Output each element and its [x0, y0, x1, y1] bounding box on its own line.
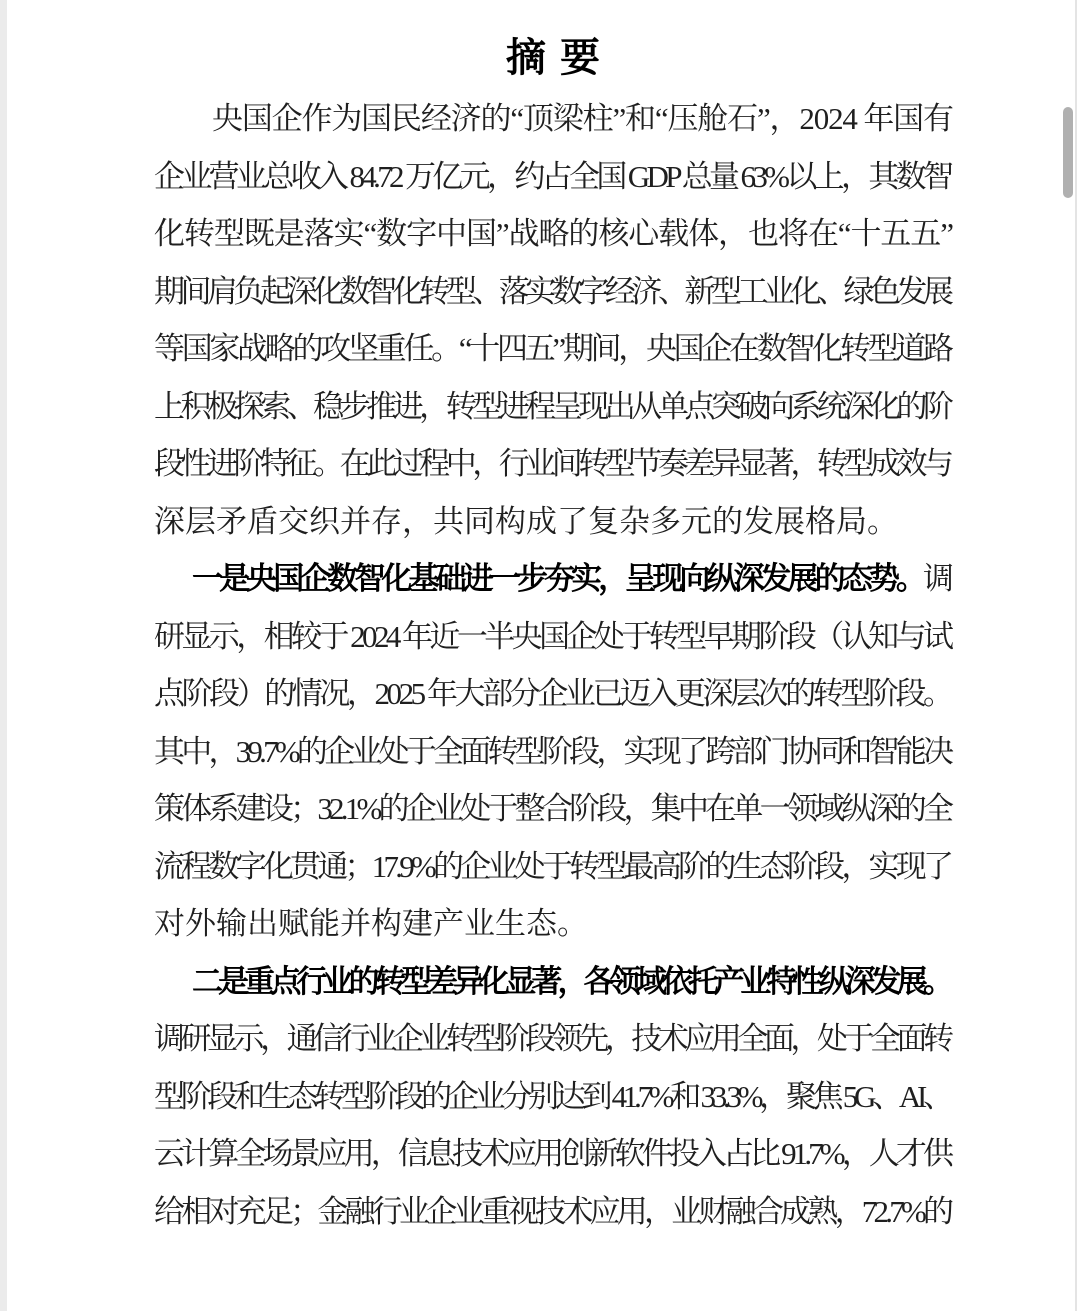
- document-page: 摘 要 央国企作为国民经济的“顶梁柱”和“压舱石”，2024 年国有企业营业总收…: [0, 0, 1080, 1311]
- text-line: 给相对充足；金融行业企业重视技术应用，业财融合成熟，72.7%的: [154, 1183, 954, 1241]
- text-segment: 深层矛盾交织并存，共同构成了复杂多元的发展格局。: [154, 504, 898, 539]
- document-lines: 央国企作为国民经济的“顶梁柱”和“压舱石”，2024 年国有企业营业总收入 84…: [154, 90, 954, 1240]
- text-segment: 点阶段）的情况，2025 年大部分企业已迈入更深层次的转型阶段。: [154, 676, 951, 711]
- text-line: 其中，39.7%的企业处于全面转型阶段，实现了跨部门协同和智能决: [154, 723, 954, 781]
- text-line: 深层矛盾交织并存，共同构成了复杂多元的发展格局。: [154, 493, 954, 551]
- scrollbar-thumb[interactable]: [1063, 107, 1073, 198]
- text-line: 点阶段）的情况，2025 年大部分企业已迈入更深层次的转型阶段。: [154, 665, 954, 723]
- text-line: 研显示，相较于 2024 年近一半央国企处于转型早期阶段（认知与试: [154, 608, 954, 666]
- text-segment: 等国家战略的攻坚重任。“十四五”期间，央国企在数智化转型道路: [154, 331, 951, 366]
- bold-text-segment: 一是央国企数智化基础进一步夯实，呈现向纵深发展的态势。: [192, 561, 923, 596]
- text-segment: 上积极探索、稳步推进，转型进程呈现出从单点突破向系统深化的阶: [154, 389, 950, 424]
- text-line: 段性进阶特征。在此过程中，行业间转型节奏差异显著，转型成效与: [154, 435, 954, 493]
- bold-text-segment: 二是重点行业的转型差异化显著，各领域依托产业特性纵深发展。: [192, 964, 949, 999]
- page-left-edge: [0, 0, 7, 1311]
- text-segment: 策体系建设；32.1%的企业处于整合阶段，集中在单一领域纵深的全: [154, 791, 950, 826]
- text-line: 一是央国企数智化基础进一步夯实，呈现向纵深发展的态势。调: [154, 550, 954, 608]
- text-segment: 调: [923, 561, 950, 596]
- text-segment: 给相对充足；金融行业企业重视技术应用，业财融合成熟，72.7%的: [154, 1194, 950, 1229]
- text-line: 二是重点行业的转型差异化显著，各领域依托产业特性纵深发展。: [154, 953, 954, 1011]
- text-segment: 其中，39.7%的企业处于全面转型阶段，实现了跨部门协同和智能决: [154, 734, 950, 769]
- page-right-edge: [1075, 0, 1077, 1311]
- text-line: 化转型既是落实“数字中国”战略的核心载体，也将在“十五五”: [154, 205, 954, 263]
- text-segment: 对外输出赋能并构建产业生态。: [154, 906, 588, 941]
- text-line: 企业营业总收入 84.72 万亿元，约占全国 GDP 总量 63%以上，其数智: [154, 148, 954, 206]
- text-segment: 央国企作为国民经济的“顶梁柱”和“压舱石”，2024 年国有: [212, 101, 953, 136]
- text-segment: 流程数字化贯通；17.9%的企业处于转型最高阶的生态阶段，实现了: [154, 849, 950, 884]
- text-segment: 化转型既是落实“数字中国”战略的核心载体，也将在“十五五”: [154, 216, 953, 251]
- text-segment: 期间肩负起深化数智化转型、落实数字经济、新型工业化、绿色发展: [154, 274, 950, 309]
- document-content: 摘 要 央国企作为国民经济的“顶梁柱”和“压舱石”，2024 年国有企业营业总收…: [154, 0, 954, 1240]
- text-line: 调研显示，通信行业企业转型阶段领先，技术应用全面，处于全面转: [154, 1010, 954, 1068]
- text-segment: 调研显示，通信行业企业转型阶段领先，技术应用全面，处于全面转: [154, 1021, 950, 1056]
- text-segment: 型阶段和生态转型阶段的企业分别达到 41.7%和 33.3%，聚焦 5G、AI、: [154, 1079, 950, 1114]
- text-segment: 段性进阶特征。在此过程中，行业间转型节奏差异显著，转型成效与: [154, 446, 950, 481]
- text-segment: 研显示，相较于 2024 年近一半央国企处于转型早期阶段（认知与试: [154, 619, 950, 654]
- text-line: 期间肩负起深化数智化转型、落实数字经济、新型工业化、绿色发展: [154, 263, 954, 321]
- text-line: 上积极探索、稳步推进，转型进程呈现出从单点突破向系统深化的阶: [154, 378, 954, 436]
- text-line: 等国家战略的攻坚重任。“十四五”期间，央国企在数智化转型道路: [154, 320, 954, 378]
- text-line: 云计算全场景应用，信息技术应用创新软件投入占比 91.7%，人才供: [154, 1125, 954, 1183]
- text-line: 对外输出赋能并构建产业生态。: [154, 895, 954, 953]
- document-title: 摘 要: [154, 0, 954, 82]
- text-segment: 云计算全场景应用，信息技术应用创新软件投入占比 91.7%，人才供: [154, 1136, 950, 1171]
- text-line: 央国企作为国民经济的“顶梁柱”和“压舱石”，2024 年国有: [154, 90, 954, 148]
- text-segment: 企业营业总收入 84.72 万亿元，约占全国 GDP 总量 63%以上，其数智: [154, 159, 950, 194]
- text-line: 型阶段和生态转型阶段的企业分别达到 41.7%和 33.3%，聚焦 5G、AI、: [154, 1068, 954, 1126]
- text-line: 策体系建设；32.1%的企业处于整合阶段，集中在单一领域纵深的全: [154, 780, 954, 838]
- text-line: 流程数字化贯通；17.9%的企业处于转型最高阶的生态阶段，实现了: [154, 838, 954, 896]
